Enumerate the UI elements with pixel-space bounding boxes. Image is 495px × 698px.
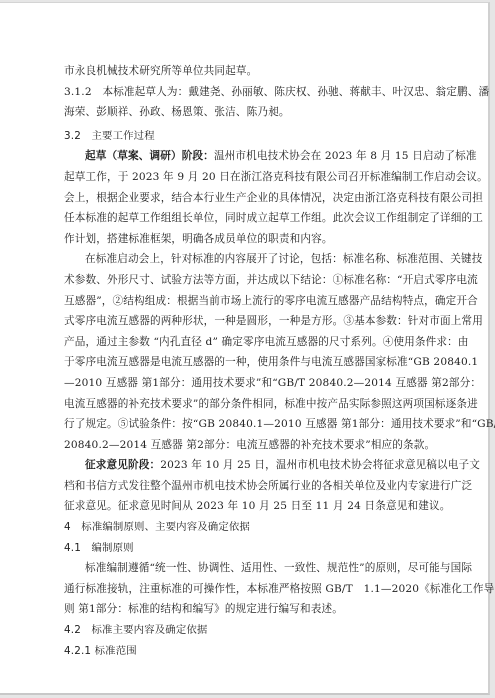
text-line: 通行标准接轨，注重标准的可操作性，本标准严格按照 GB/T 1.1—2020《标… (64, 579, 438, 600)
text-line: 式零序电流互感器的两种形状，一种是圆形，一种是方形。③基本参数：针对市面上常用 (64, 311, 438, 332)
text-line: 起草工作，于 2023 年 9 月 20 日在浙江洛克科技有限公司召开标准编制工… (64, 167, 438, 188)
paragraph-comment-stage: 征求意见阶段：2023 年 10 月 25 日，温州市机电技术协会将征求意见稿以… (64, 455, 438, 476)
text-line: 20840.2—2014 互感器 第2部分：电流互感器的补充技术要求”相应的条款… (64, 435, 438, 456)
text-line: 市永良机械技术研究所等单位共同起草。 (64, 61, 438, 82)
text-line: 电流互感器的补充技术要求”的部分条件相同，标准中按产品实际参照这两项国标逐条进 (64, 394, 438, 415)
text-line: 则 第1部分：标准的结构和编写》的规定进行编写和表述。 (64, 599, 438, 620)
section-heading-3-2: 3.2 主要工作过程 (64, 126, 438, 147)
paragraph-drafting-stage: 起草（草案、调研）阶段：温州市机电技术协会在 2023 年 8 月 15 日启动… (64, 146, 438, 167)
paragraph-principles: 标准编制遵循“统一性、协调性、适用性、一致性、规范性”的原则，尽可能与国际 (64, 558, 438, 579)
page-content: 市永良机械技术研究所等单位共同起草。 3.1.2 本标准起草人为：戴建尧、孙丽敏… (64, 61, 438, 661)
text-line: 互感器”，②结构组成：根据当前市场上流行的零序电流互感器产品结构特点，确定开合 (64, 291, 438, 312)
text-line: 术参数、外形尺寸、试验方法等方面，并达成以下结论：①标准名称：“开启式零序电流 (64, 270, 438, 291)
stage-label: 起草（草案、调研）阶段： (85, 150, 214, 162)
text-line: 作计划，搭建标准框架，明确各成员单位的职责和内容。 (64, 229, 438, 250)
document-page: 市永良机械技术研究所等单位共同起草。 3.1.2 本标准起草人为：戴建尧、孙丽敏… (0, 2, 490, 695)
drafters-line: 3.1.2 本标准起草人为：戴建尧、孙丽敏、陈庆权、孙驰、蒋献丰、叶汉忠、翁定鹏… (64, 82, 438, 103)
drafters-line-cont: 海荣、彭顺祥、孙政、杨恩策、张洁、陈乃昶。 (64, 102, 438, 123)
text-line: 会上，根据企业要求，结合本行业生产企业的具体情况，决定由浙江洛克科技有限公司担 (64, 188, 438, 209)
text-line: 征求意见。征求意见时间从 2023 年 10 月 25 日至 11 月 24 日… (64, 496, 438, 517)
section-heading-4-2: 4.2 标准主要内容及确定依据 (64, 620, 438, 641)
text-line: 行了规定。⑤试验条件：按“GB 20840.1—2010 互感器 第1部分：通用… (64, 414, 438, 435)
section-heading-4: 4 标准编制原则、主要内容及确定依据 (64, 517, 438, 538)
section-heading-4-2-1: 4.2.1 标准范围 (64, 641, 438, 662)
text-line: 产品，通过主参数 “内孔直径 d” 确定零序电流互感器的尺寸系列。④使用条件求：… (64, 332, 438, 353)
stage-label: 征求意见阶段： (85, 459, 160, 471)
paragraph-kickoff-discussion: 在标准启动会上，针对标准的内容展开了讨论，包括：标准名称、标准范围、关键技 (64, 249, 438, 270)
text-line: 于零序电流互感器是电流互感器的一种，使用条件与电流互感器国家标准“GB 2084… (64, 352, 438, 373)
text-line: —2010 互感器 第1部分：通用技术要求”和“GB/T 20840.2—201… (64, 373, 438, 394)
text-line: 任本标准的起草工作组组长单位，同时成立起草工作组。此次会议工作组制定了详细的工 (64, 208, 438, 229)
text-line: 档和书信方式发往整个温州市机电技术协会所属行业的各相关单位及业内专家进行广泛 (64, 476, 438, 497)
section-heading-4-1: 4.1 编制原则 (64, 538, 438, 559)
